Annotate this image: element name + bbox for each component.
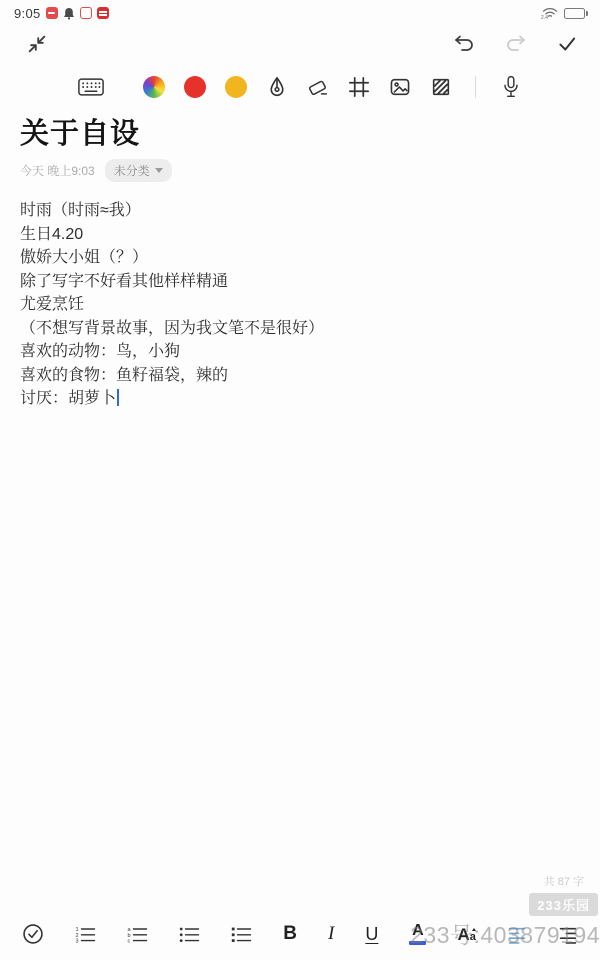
chevron-down-icon	[155, 168, 163, 173]
font-size-small-label: a	[470, 931, 476, 943]
microphone-icon	[501, 75, 521, 99]
square-bullet-list-button[interactable]	[229, 923, 254, 946]
eraser-icon	[306, 77, 329, 98]
bold-label: B	[283, 923, 297, 945]
keyboard-toggle-button[interactable]	[70, 75, 111, 99]
note-line[interactable]: 时雨（时雨≈我）	[20, 199, 580, 223]
note-line[interactable]: 喜欢的食物：鱼籽福袋，辣的	[20, 364, 580, 388]
align-right-icon	[558, 925, 578, 944]
align-left-button[interactable]	[505, 923, 529, 946]
note-title[interactable]: 关于自设	[20, 116, 580, 152]
insert-image-button[interactable]	[379, 74, 420, 100]
note-line[interactable]: （不想写背景故事，因为我文笔不是很好）	[20, 317, 580, 341]
text-format-toolbar: 1 2 3 a b c	[0, 908, 600, 960]
toolbar-divider	[475, 76, 476, 98]
text-cursor	[117, 389, 119, 406]
checklist-button[interactable]	[20, 921, 46, 947]
align-left-icon	[507, 925, 527, 944]
status-bar: 9:05 2.4	[0, 0, 600, 24]
bullet-list-button[interactable]	[177, 923, 202, 946]
notification-bell-icon	[63, 7, 75, 20]
checklist-icon	[22, 923, 44, 945]
top-action-bar	[0, 24, 600, 64]
note-line-with-cursor[interactable]: 讨厌：胡萝卜	[20, 387, 580, 411]
word-count: 共 87 字	[544, 873, 584, 889]
pen-nib-icon	[266, 76, 288, 98]
battery-icon	[564, 8, 588, 19]
note-line[interactable]: 傲娇大小姐（？）	[20, 246, 580, 270]
frame-grid-button[interactable]	[338, 74, 379, 100]
red-color-swatch-icon	[184, 76, 206, 98]
font-size-big-label: A	[457, 926, 469, 943]
color-wheel-icon	[143, 76, 165, 98]
wifi-icon: 2.4	[542, 7, 558, 19]
lettered-list-button[interactable]: a b c	[125, 923, 150, 946]
image-icon	[389, 76, 411, 98]
numbered-list-icon: 1 2 3	[75, 925, 96, 944]
underline-button[interactable]: U	[363, 922, 380, 947]
italic-label: I	[328, 923, 334, 945]
font-color-swatch	[409, 941, 426, 945]
keyboard-icon	[77, 77, 105, 97]
background-pattern-button[interactable]	[420, 74, 461, 100]
eraser-button[interactable]	[297, 75, 338, 100]
square-bullet-list-icon	[231, 925, 252, 944]
collapse-inward-icon	[26, 33, 48, 55]
undo-icon	[452, 34, 476, 54]
font-color-button[interactable]: A	[407, 921, 428, 947]
numbered-list-button[interactable]: 1 2 3	[73, 923, 98, 946]
bullet-list-icon	[179, 925, 200, 944]
voice-input-button[interactable]	[490, 73, 531, 101]
frame-grid-icon	[348, 76, 370, 98]
confirm-button[interactable]	[554, 32, 580, 56]
align-right-button[interactable]	[556, 923, 580, 946]
format-toolbar	[0, 64, 600, 110]
font-size-button[interactable]: A a	[455, 924, 477, 945]
note-line[interactable]: 喜欢的动物：鸟，小狗	[20, 340, 580, 364]
svg-text:3: 3	[76, 938, 79, 943]
note-timestamp: 今天 晚上9:03	[20, 162, 95, 179]
clock-time: 9:05	[14, 6, 41, 21]
bold-button[interactable]: B	[281, 921, 299, 947]
lettered-list-icon: a b c	[127, 925, 148, 944]
italic-button[interactable]: I	[326, 921, 336, 947]
check-icon	[556, 34, 578, 54]
svg-text:c: c	[128, 938, 131, 943]
yellow-color-swatch-icon	[225, 76, 247, 98]
note-meta-row: 今天 晚上9:03 未分类	[20, 159, 580, 182]
yellow-color-button[interactable]	[215, 74, 256, 100]
pen-button[interactable]	[256, 74, 297, 100]
redo-icon	[504, 34, 528, 54]
notification-tv-app-icon	[80, 7, 92, 19]
hatched-square-icon	[430, 76, 452, 98]
wifi-band-label: 2.4	[541, 15, 548, 21]
note-line[interactable]: 除了写字不好看其他样样精通	[20, 270, 580, 294]
notification-app-icon	[46, 7, 58, 19]
font-color-label: A	[412, 923, 424, 939]
red-color-button[interactable]	[174, 74, 215, 100]
category-dropdown[interactable]: 未分类	[105, 159, 172, 182]
redo-button[interactable]	[502, 32, 530, 56]
category-label: 未分类	[114, 162, 150, 179]
note-editor[interactable]: 关于自设 今天 晚上9:03 未分类 时雨（时雨≈我） 生日4.20 傲娇大小姐…	[0, 110, 600, 411]
undo-button[interactable]	[450, 32, 478, 56]
notification-badge-icon	[97, 7, 109, 19]
underline-label: U	[365, 924, 378, 945]
note-line[interactable]: 生日4.20	[20, 223, 580, 247]
note-line-text: 讨厌：胡萝卜	[20, 390, 116, 407]
color-wheel-button[interactable]	[133, 74, 174, 100]
note-line[interactable]: 尤爱烹饪	[20, 293, 580, 317]
note-body[interactable]: 时雨（时雨≈我） 生日4.20 傲娇大小姐（？） 除了写字不好看其他样样精通 尤…	[20, 199, 580, 411]
collapse-button[interactable]	[24, 31, 50, 57]
